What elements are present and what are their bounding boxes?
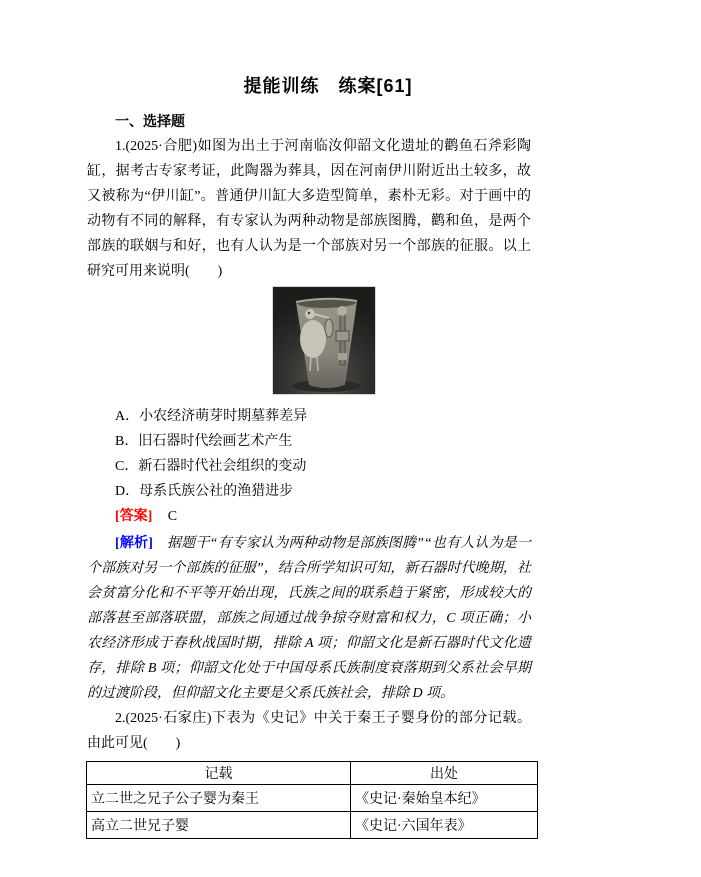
table-row: 立二世之兄子公子婴为秦王 《史记·秦始皇本纪》 xyxy=(87,785,538,812)
option-d: D．母系氏族公社的渔猎进步 xyxy=(87,479,531,504)
analysis-text: 据题干“有专家认为两种动物是部族图腾”“也有人认为是一个部族对另一个部族的征服”… xyxy=(87,536,531,701)
content-column: 提能训练 练案[61] 一、选择题 1.(2025·合肥)如图为出土于河南临汝仰… xyxy=(87,74,531,839)
worksheet-page: 提能训练 练案[61] 一、选择题 1.(2025·合肥)如图为出土于河南临汝仰… xyxy=(0,0,701,877)
cell-source-1: 《史记·秦始皇本纪》 xyxy=(351,785,538,812)
option-b: B．旧石器时代绘画艺术产生 xyxy=(87,429,531,454)
option-a: A．小农经济萌芽时期墓葬差异 xyxy=(87,404,531,429)
cell-record-2: 高立二世兄子婴 xyxy=(87,812,351,839)
cell-source-2: 《史记·六国年表》 xyxy=(351,812,538,839)
section-heading: 一、选择题 xyxy=(87,109,531,134)
question1-options: A．小农经济萌芽时期墓葬差异 B．旧石器时代绘画艺术产生 C．新石器时代社会组织… xyxy=(87,404,531,504)
records-table: 记载 出处 立二世之兄子公子婴为秦王 《史记·秦始皇本纪》 高立二世兄子婴 《史… xyxy=(86,761,538,839)
table-header-row: 记载 出处 xyxy=(87,762,538,785)
table-row: 高立二世兄子婴 《史记·六国年表》 xyxy=(87,812,538,839)
cell-record-1: 立二世之兄子公子婴为秦王 xyxy=(87,785,351,812)
header-source: 出处 xyxy=(351,762,538,785)
option-c: C．新石器时代社会组织的变动 xyxy=(87,454,531,479)
question2-stem: 2.(2025·石家庄)下表为《史记》中关于秦王子婴身份的部分记载。由此可见( … xyxy=(87,706,531,756)
answer-line: [答案]C xyxy=(87,504,531,529)
header-record: 记载 xyxy=(87,762,351,785)
question1-figure xyxy=(272,286,376,395)
question1-stem: 1.(2025·合肥)如图为出土于河南临汝仰韶文化遗址的鹳鱼石斧彩陶缸，据考古专… xyxy=(87,134,531,284)
analysis-label: [解析] xyxy=(115,536,153,551)
answer-value: C xyxy=(168,509,177,524)
analysis-paragraph: [解析]据题干“有专家认为两种动物是部族图腾”“也有人认为是一个部族对另一个部族… xyxy=(87,531,531,706)
answer-label: [答案] xyxy=(115,509,152,524)
pottery-jar-photo-icon xyxy=(273,287,375,394)
page-title: 提能训练 练案[61] xyxy=(106,74,550,98)
